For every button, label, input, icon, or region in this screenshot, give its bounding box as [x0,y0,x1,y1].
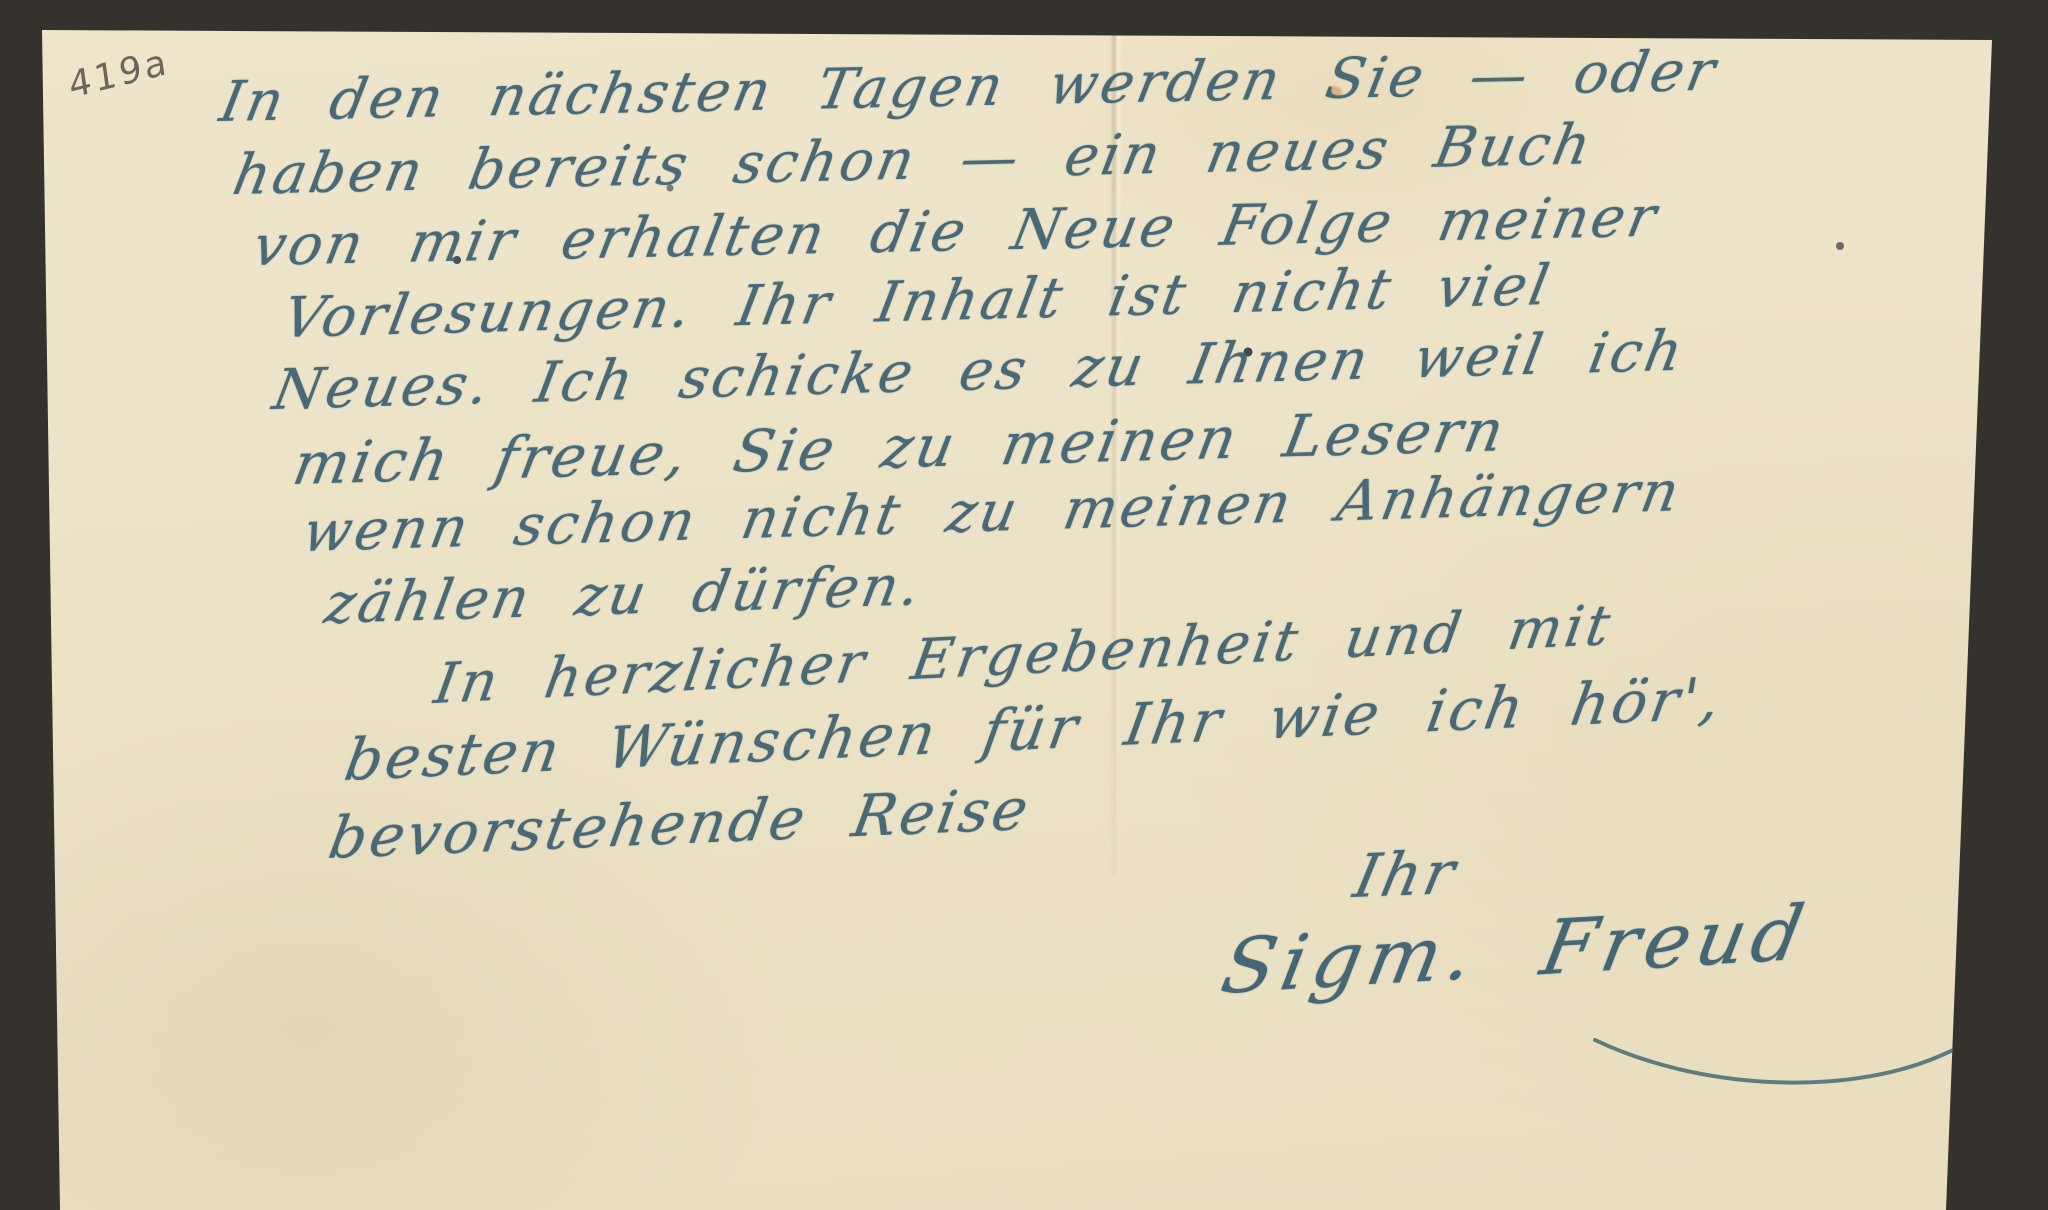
ink-specks [0,0,4,4]
handwriting-line-8: zählen zu dürfen. [320,553,928,637]
letter-page: 419a In den nächsten Tagen werden Sie — … [0,0,2048,1210]
closing-pronoun: Ihr [1348,838,1464,912]
archive-number-annotation: 419a [66,41,171,107]
signature-flourish-stroke [1590,985,2000,1095]
